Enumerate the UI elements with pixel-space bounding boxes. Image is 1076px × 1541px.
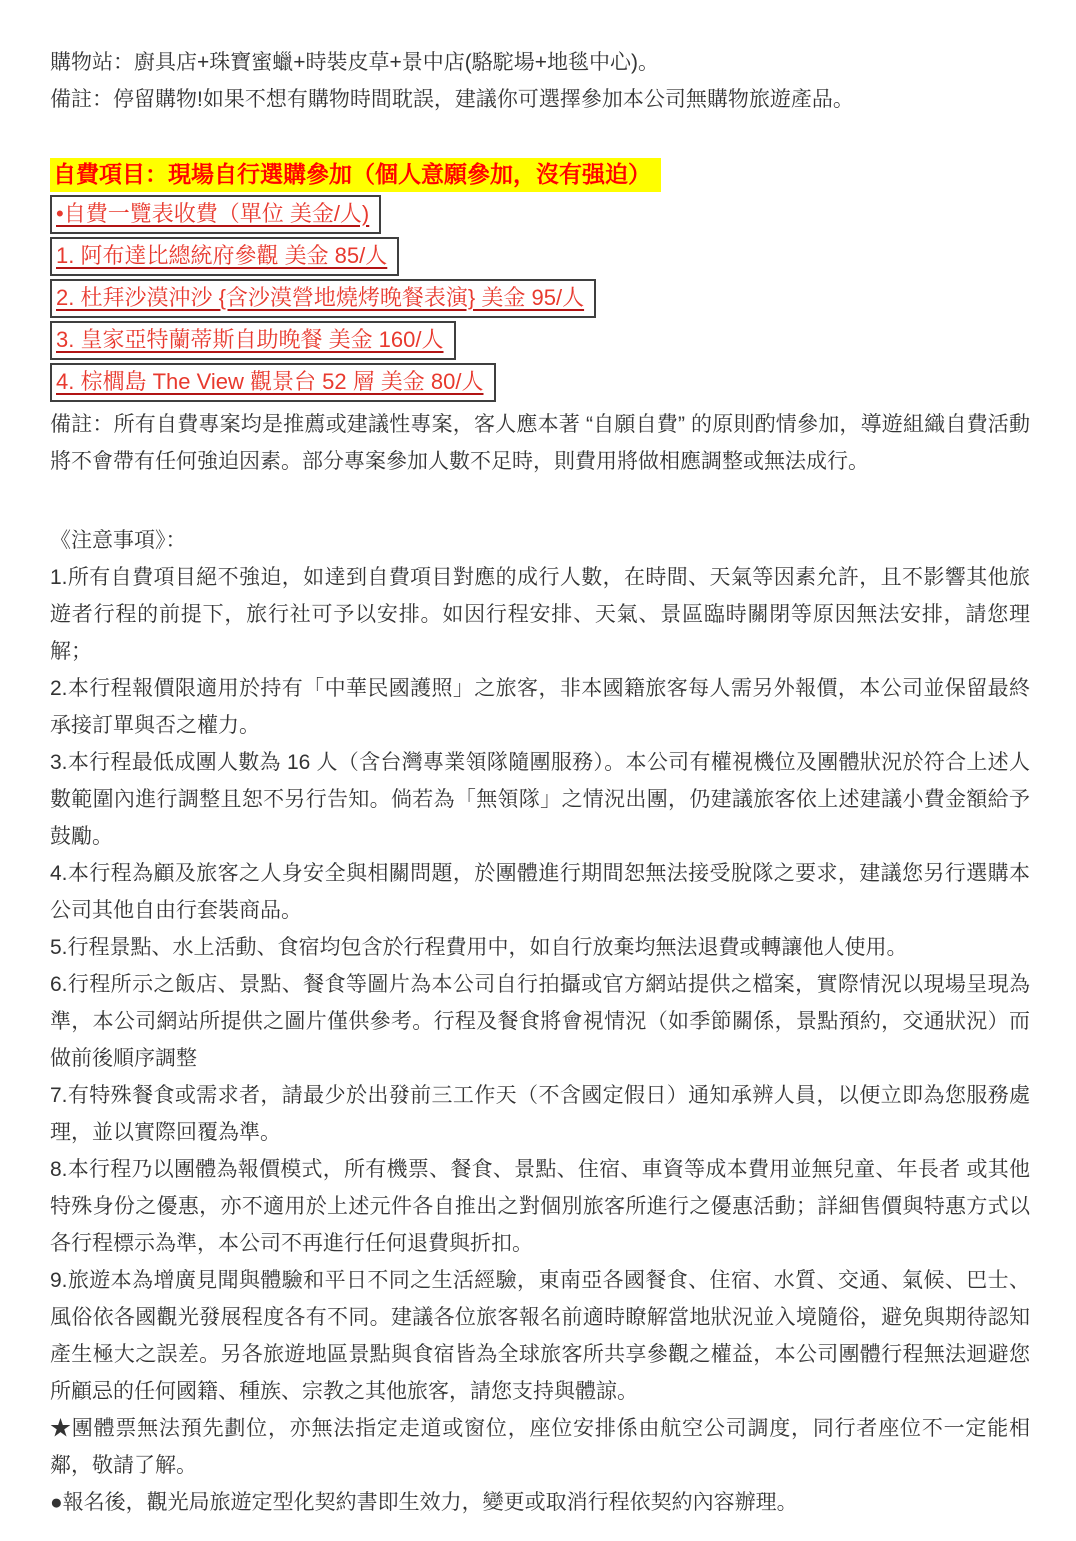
notice-item-8: 8.本行程乃以團體為報價模式，所有機票、餐食、景點、住宿、車資等成本費用並無兒童… [50, 1151, 1030, 1262]
self-pay-summary-box: •自費一覽表收費（單位 美金/人) [50, 195, 381, 234]
notice-item-7: 7.有特殊餐食或需求者，請最少於出發前三工作天（不含國定假日）通知承辨人員，以便… [50, 1077, 1030, 1151]
self-pay-item-2-text: 2. 杜拜沙漠沖沙 {含沙漠營地燒烤晚餐表演} 美金 95/人 [56, 285, 584, 310]
self-pay-item-1: 1. 阿布達比總統府參觀 美金 85/人 [50, 237, 399, 276]
self-pay-summary-text: •自費一覽表收費（單位 美金/人) [56, 201, 369, 226]
notice-item-9: 9.旅遊本為增廣見聞與體驗和平日不同之生活經驗，東南亞各國餐食、住宿、水質、交通… [50, 1262, 1030, 1410]
self-pay-section-header: 自費項目：現場自行選購參加（個人意願參加，沒有强迫） [50, 158, 661, 192]
notice-section-title: 《注意事項》： [50, 522, 1030, 559]
self-pay-note: 備註：所有自費專案均是推薦或建議性專案，客人應本著 “自願自費” 的原則酌情參加… [50, 406, 1030, 480]
self-pay-item-4-text: 4. 棕櫚島 The View 觀景台 52 層 美金 80/人 [56, 369, 484, 394]
notice-item-1: 1.所有自費項目絕不強迫，如達到自費項目對應的成行人數，在時間、天氣等因素允許，… [50, 559, 1030, 670]
notice-item-2: 2.本行程報價限適用於持有「中華民國護照」之旅客，非本國籍旅客每人需另外報價，本… [50, 670, 1030, 744]
self-pay-item-1-text: 1. 阿布達比總統府參觀 美金 85/人 [56, 243, 387, 268]
registration-contract-note: ●報名後，觀光局旅遊定型化契約書即生效力，變更或取消行程依契約內容辦理。 [50, 1484, 1030, 1521]
notice-item-6: 6.行程所示之飯店、景點、餐食等圖片為本公司自行拍攝或官方網站提供之檔案，實際情… [50, 966, 1030, 1077]
self-pay-item-2: 2. 杜拜沙漠沖沙 {含沙漠營地燒烤晚餐表演} 美金 95/人 [50, 279, 596, 318]
self-pay-item-3: 3. 皇家亞特蘭蒂斯自助晚餐 美金 160/人 [50, 321, 456, 360]
notice-item-3: 3.本行程最低成團人數為 16 人（含台灣專業領隊隨團服務）。本公司有權視機位及… [50, 744, 1030, 855]
notice-item-4: 4.本行程為顧及旅客之人身安全與相關問題，於團體進行期間恕無法接受脫隊之要求，建… [50, 855, 1030, 929]
document-page: 購物站：廚具店+珠寶蜜蠟+時裝皮草+景中店(駱駝場+地毯中心)。 備註：停留購物… [0, 0, 1076, 1541]
shopping-note-line: 備註：停留購物!如果不想有購物時間耽誤，建議你可選擇參加本公司無購物旅遊產品。 [50, 81, 1030, 118]
notice-item-5: 5.行程景點、水上活動、食宿均包含於行程費用中，如自行放棄均無法退費或轉讓他人使… [50, 929, 1030, 966]
group-ticket-seat-note: ★團體票無法預先劃位，亦無法指定走道或窗位，座位安排係由航空公司調度，同行者座位… [50, 1410, 1030, 1484]
shopping-stations-line: 購物站：廚具店+珠寶蜜蠟+時裝皮草+景中店(駱駝場+地毯中心)。 [50, 44, 1030, 81]
self-pay-item-3-text: 3. 皇家亞特蘭蒂斯自助晚餐 美金 160/人 [56, 327, 444, 352]
self-pay-item-4: 4. 棕櫚島 The View 觀景台 52 層 美金 80/人 [50, 363, 496, 402]
